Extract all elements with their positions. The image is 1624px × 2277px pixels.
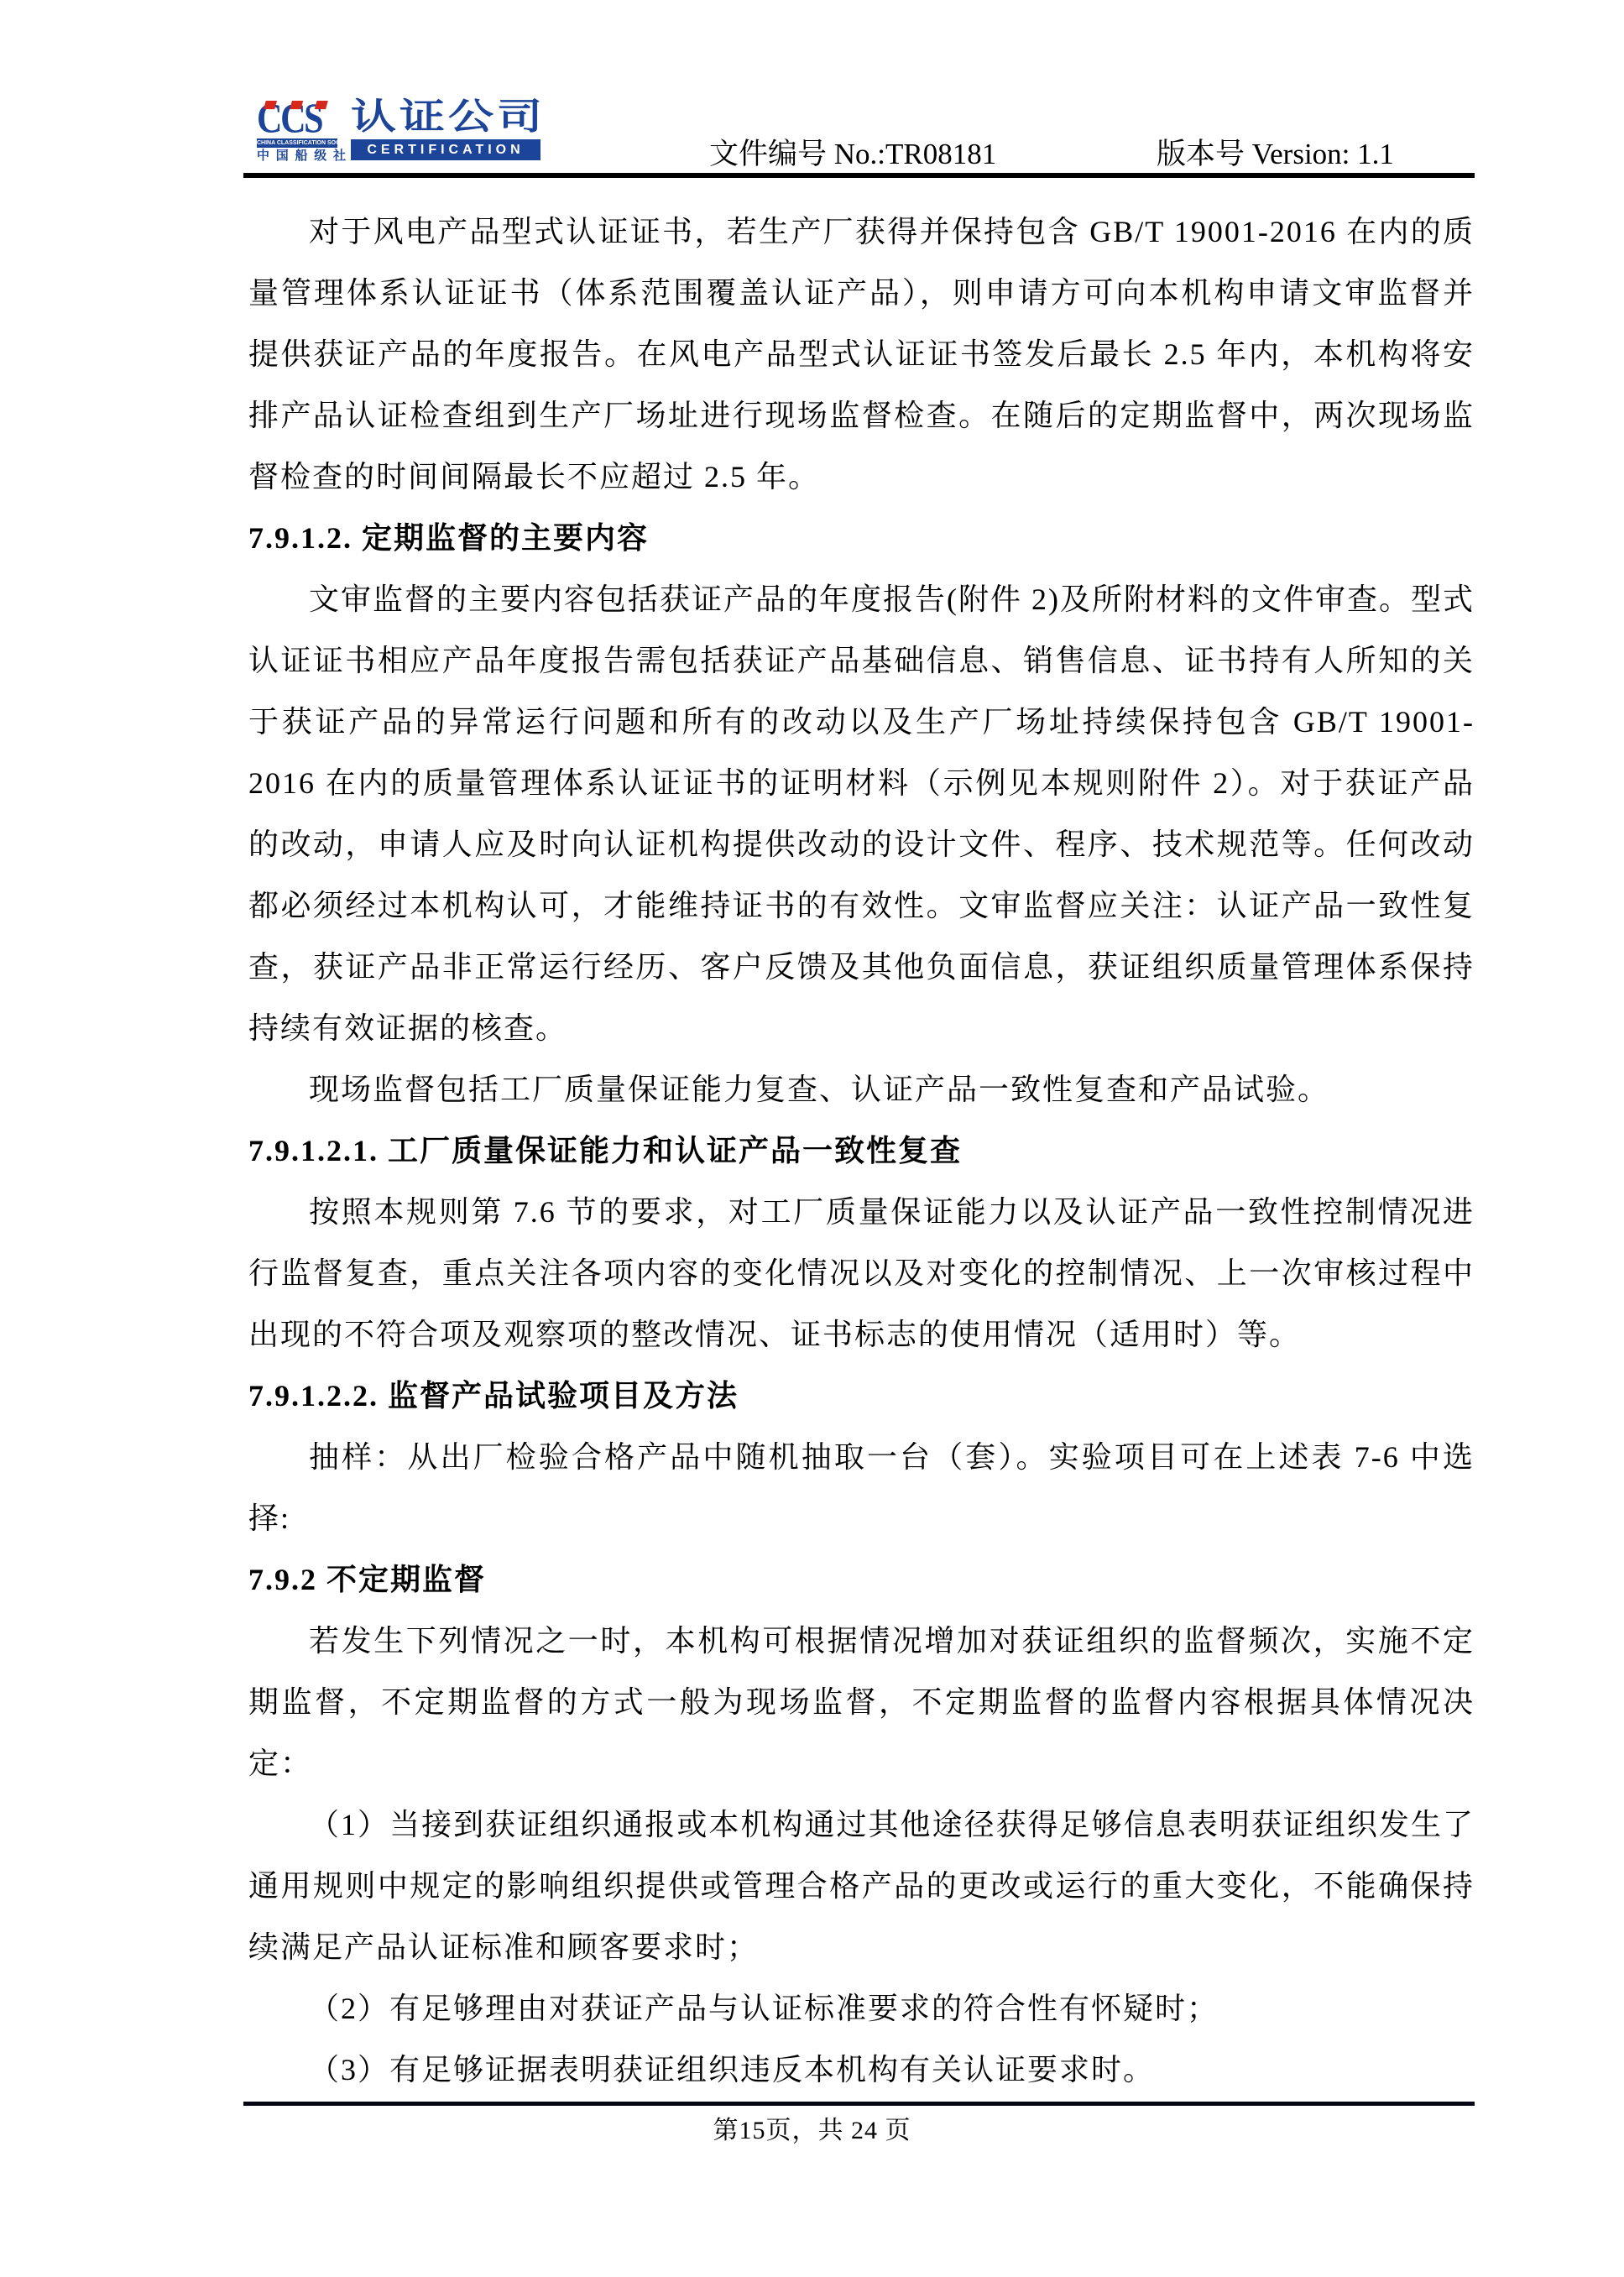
ccs-red-flag-icon	[315, 101, 328, 109]
paragraph: 抽样：从出厂检验合格产品中随机抽取一台（套）。实验项目可在上述表 7-6 中选择…	[248, 1427, 1475, 1549]
footer-divider	[243, 2102, 1475, 2106]
document-page: CCS CHINA CLASSIFICATION SOCIETY 中 国 船 级…	[0, 0, 1624, 2277]
certification-company-chinese: 认证公司	[351, 101, 551, 133]
paragraph: （3）有足够证据表明获证组织违反本机构有关认证要求时。	[248, 2039, 1475, 2101]
paragraph: （1）当接到获证组织通报或本机构通过其他途径获得足够信息表明获证组织发生了通用规…	[248, 1794, 1475, 1978]
paragraph: 按照本规则第 7.6 节的要求，对工厂质量保证能力以及认证产品一致性控制情况进行…	[248, 1182, 1475, 1366]
section-heading: 7.9.1.2.2. 监督产品试验项目及方法	[248, 1366, 1475, 1427]
ccs-chinese-name: 中 国 船 级 社	[257, 149, 341, 163]
section-heading: 7.9.1.2.1. 工厂质量保证能力和认证产品一致性复查	[248, 1120, 1475, 1182]
ccs-logo: CCS CHINA CLASSIFICATION SOCIETY 中 国 船 级…	[257, 101, 551, 165]
paragraph: 若发生下列情况之一时，本机构可根据情况增加对获证组织的监督频次，实施不定期监督，…	[248, 1611, 1475, 1794]
ccs-red-flag-icon	[290, 101, 303, 109]
ccs-logo-left: CCS CHINA CLASSIFICATION SOCIETY 中 国 船 级…	[257, 101, 341, 165]
version-number: 版本号 Version: 1.1	[1157, 131, 1394, 173]
paragraph: 文审监督的主要内容包括获证产品的年度报告(附件 2)及所附材料的文件审查。型式认…	[248, 569, 1475, 1059]
paragraph: （2）有足够理由对获证产品与认证标准要求的符合性有怀疑时；	[248, 1978, 1475, 2039]
section-heading: 7.9.2 不定期监督	[248, 1549, 1475, 1611]
paragraph: 对于风电产品型式认证证书，若生产厂获得并保持包含 GB/T 19001-2016…	[248, 201, 1475, 508]
doc-number: 文件编号 No.:TR08181	[709, 131, 996, 173]
page-number: 第15页，共 24 页	[0, 2109, 1624, 2146]
ccs-subtitle-bar: CHINA CLASSIFICATION SOCIETY	[257, 138, 337, 148]
ccs-red-flag-icon	[264, 101, 277, 109]
paragraph: 现场监督包括工厂质量保证能力复查、认证产品一致性复查和产品试验。	[248, 1059, 1475, 1120]
header-divider	[243, 173, 1475, 178]
document-body: 对于风电产品型式认证证书，若生产厂获得并保持包含 GB/T 19001-2016…	[248, 201, 1475, 2101]
certification-bar: CERTIFICATION	[351, 139, 540, 160]
section-heading: 7.9.1.2. 定期监督的主要内容	[248, 508, 1475, 569]
ccs-logo-letters: CCS	[257, 101, 322, 134]
ccs-logo-right: 认证公司 CERTIFICATION	[351, 101, 551, 165]
